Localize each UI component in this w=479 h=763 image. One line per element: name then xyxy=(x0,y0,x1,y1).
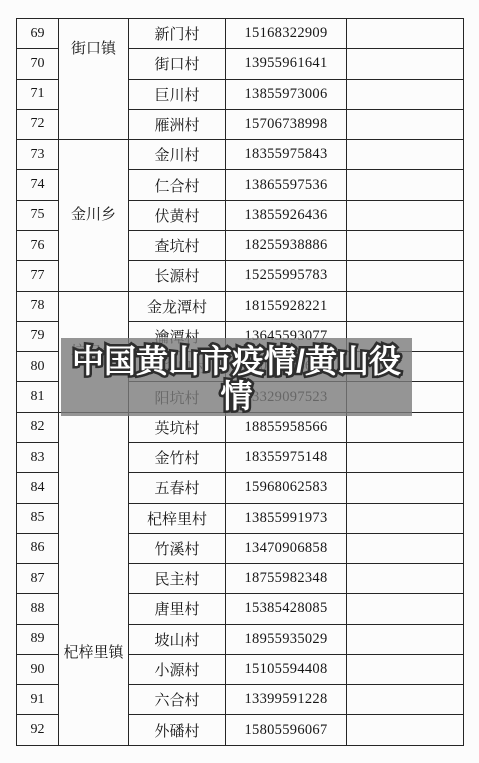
row-number-cell: 79 xyxy=(17,322,59,352)
note-cell xyxy=(347,231,464,261)
row-number-cell: 69 xyxy=(17,19,59,49)
phone-number-cell: 15385428085 xyxy=(226,594,347,624)
phone-number-cell: 18355975148 xyxy=(226,443,347,473)
village-name-cell: 仁合村 xyxy=(129,170,226,200)
row-number-cell: 89 xyxy=(17,625,59,655)
village-name-cell: 小源村 xyxy=(129,655,226,685)
watermark-text: 中国黄山市疫情/黄山役 xyxy=(72,343,401,379)
town-label: 杞梓里镇 xyxy=(59,645,128,661)
phone-number-cell: 13855991973 xyxy=(226,504,347,534)
note-cell xyxy=(347,715,464,745)
village-name-cell: 五春村 xyxy=(129,473,226,503)
row-number-cell: 85 xyxy=(17,504,59,534)
row-number-cell: 70 xyxy=(17,49,59,79)
village-name-cell: 查坑村 xyxy=(129,231,226,261)
phone-number-cell: 13855926436 xyxy=(226,201,347,231)
phone-number-cell: 15105594408 xyxy=(226,655,347,685)
note-cell xyxy=(347,594,464,624)
row-number-cell: 81 xyxy=(17,382,59,412)
village-name-cell: 巨川村 xyxy=(129,80,226,110)
row-number-cell: 73 xyxy=(17,140,59,170)
watermark-text-line1: 中国黄山市疫情/黄山役 中国黄山市疫情/黄山役 xyxy=(72,344,401,379)
village-name-cell: 街口村 xyxy=(129,49,226,79)
note-cell xyxy=(347,140,464,170)
village-name-cell: 坡山村 xyxy=(129,625,226,655)
note-cell xyxy=(347,564,464,594)
village-name-cell: 六合村 xyxy=(129,685,226,715)
note-cell xyxy=(347,504,464,534)
note-cell xyxy=(347,292,464,322)
note-cell xyxy=(347,110,464,140)
row-number-cell: 90 xyxy=(17,655,59,685)
row-number-cell: 82 xyxy=(17,413,59,443)
town-cell: 金川乡 xyxy=(59,140,129,291)
note-cell xyxy=(347,413,464,443)
row-number-cell: 78 xyxy=(17,292,59,322)
row-number-cell: 86 xyxy=(17,534,59,564)
town-cell: 杞梓里镇 xyxy=(59,413,129,746)
row-number-cell: 74 xyxy=(17,170,59,200)
row-number-cell: 83 xyxy=(17,443,59,473)
watermark-text: 情 xyxy=(220,378,252,414)
note-cell xyxy=(347,19,464,49)
phone-number-cell: 15706738998 xyxy=(226,110,347,140)
phone-number-cell: 15968062583 xyxy=(226,473,347,503)
phone-number-cell: 18155928221 xyxy=(226,292,347,322)
note-cell xyxy=(347,80,464,110)
village-name-cell: 金龙潭村 xyxy=(129,292,226,322)
phone-number-cell: 18955935029 xyxy=(226,625,347,655)
phone-number-cell: 15255995783 xyxy=(226,261,347,291)
village-name-cell: 长源村 xyxy=(129,261,226,291)
phone-number-cell: 18255938886 xyxy=(226,231,347,261)
note-cell xyxy=(347,261,464,291)
phone-number-cell: 13865597536 xyxy=(226,170,347,200)
row-number-cell: 87 xyxy=(17,564,59,594)
town-label: 街口镇 xyxy=(59,41,128,57)
village-name-cell: 竹溪村 xyxy=(129,534,226,564)
row-number-cell: 72 xyxy=(17,110,59,140)
village-name-cell: 民主村 xyxy=(129,564,226,594)
phone-number-cell: 13399591228 xyxy=(226,685,347,715)
village-name-cell: 雁洲村 xyxy=(129,110,226,140)
note-cell xyxy=(347,170,464,200)
note-cell xyxy=(347,685,464,715)
village-name-cell: 杞梓里村 xyxy=(129,504,226,534)
watermark-overlay: 中国黄山市疫情/黄山役 中国黄山市疫情/黄山役 情 情 xyxy=(61,338,412,416)
note-cell xyxy=(347,443,464,473)
town-cell: 街口镇 xyxy=(59,19,129,140)
note-cell xyxy=(347,49,464,79)
village-name-cell: 金竹村 xyxy=(129,443,226,473)
row-number-cell: 84 xyxy=(17,473,59,503)
village-name-cell: 新门村 xyxy=(129,19,226,49)
phone-number-cell: 13855973006 xyxy=(226,80,347,110)
row-number-cell: 71 xyxy=(17,80,59,110)
phone-number-cell: 13955961641 xyxy=(226,49,347,79)
row-number-cell: 75 xyxy=(17,201,59,231)
village-name-cell: 金川村 xyxy=(129,140,226,170)
village-name-cell: 唐里村 xyxy=(129,594,226,624)
row-number-cell: 88 xyxy=(17,594,59,624)
note-cell xyxy=(347,201,464,231)
phone-number-cell: 18755982348 xyxy=(226,564,347,594)
row-number-cell: 76 xyxy=(17,231,59,261)
note-cell xyxy=(347,473,464,503)
note-cell xyxy=(347,534,464,564)
phone-number-cell: 13470906858 xyxy=(226,534,347,564)
phone-number-cell: 15168322909 xyxy=(226,19,347,49)
town-label: 金川乡 xyxy=(59,207,128,223)
watermark-text-line2: 情 情 xyxy=(220,379,252,414)
note-cell xyxy=(347,655,464,685)
note-cell xyxy=(347,625,464,655)
row-number-cell: 80 xyxy=(17,352,59,382)
phone-number-cell: 15805596067 xyxy=(226,715,347,745)
row-number-cell: 91 xyxy=(17,685,59,715)
village-name-cell: 伏黄村 xyxy=(129,201,226,231)
phone-number-cell: 18355975843 xyxy=(226,140,347,170)
village-name-cell: 英坑村 xyxy=(129,413,226,443)
village-name-cell: 外磻村 xyxy=(129,715,226,745)
phone-number-cell: 18855958566 xyxy=(226,413,347,443)
row-number-cell: 77 xyxy=(17,261,59,291)
row-number-cell: 92 xyxy=(17,715,59,745)
